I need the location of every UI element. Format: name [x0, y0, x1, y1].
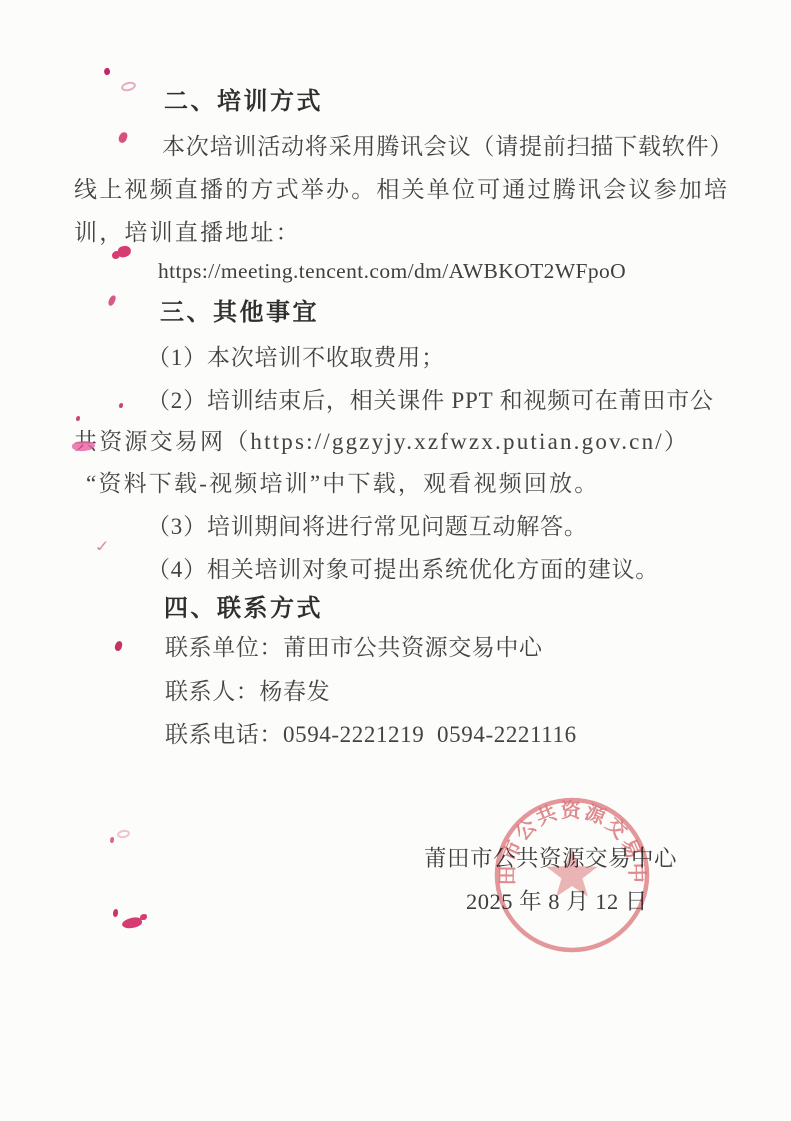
- ink-mark: [140, 914, 147, 920]
- ink-mark: [119, 403, 123, 408]
- ink-mark: [120, 80, 137, 92]
- official-seal: 莆田市公共资源交易中心: [492, 794, 652, 958]
- meeting-url-text: https://meeting.tencent.com/dm/AWBKOT2WF…: [158, 259, 626, 285]
- list-item: （1）本次培训不收取费用；: [147, 344, 445, 372]
- ink-mark: [113, 909, 118, 917]
- list-item-continuation: “资料下载-视频培训”中下载，观看视频回放。: [86, 470, 599, 498]
- list-item: （4）相关培训对象可提出系统优化方面的建议。: [147, 556, 659, 584]
- ink-check-mark: ✓: [93, 537, 112, 556]
- ink-mark: [107, 294, 116, 306]
- ink-mark: [118, 131, 129, 144]
- ink-mark: [121, 916, 143, 931]
- paragraph-line: 本次培训活动将采用腾讯会议（请提前扫描下载软件）: [162, 133, 733, 161]
- paragraph-line: 训，培训直播地址：: [74, 219, 301, 247]
- list-item: （2）培训结束后，相关课件 PPT 和视频可在莆田市公: [147, 387, 714, 415]
- list-item-continuation: 共资源交易网（https://ggzyjy.xzfwzx.putian.gov.…: [74, 428, 689, 456]
- ink-mark: [114, 640, 123, 651]
- ink-mark: [76, 416, 80, 421]
- paragraph-line: 线上视频直播的方式举办。相关单位可通过腾讯会议参加培: [74, 176, 729, 204]
- contact-phone-line: 联系电话：0594-2221219 0594-2221116: [165, 721, 577, 749]
- ink-mark: [112, 251, 120, 259]
- section-heading-training-method: 二、培训方式: [164, 88, 323, 117]
- ink-mark: [103, 67, 111, 76]
- section-heading-other-matters: 三、其他事宜: [160, 299, 319, 328]
- scanned-document-page: 二、培训方式 本次培训活动将采用腾讯会议（请提前扫描下载软件） 线上视频直播的方…: [0, 0, 791, 1121]
- ink-mark: [110, 837, 114, 843]
- contact-unit-line: 联系单位：莆田市公共资源交易中心: [165, 634, 543, 662]
- seal-star-icon: [546, 848, 597, 897]
- ink-mark: [117, 245, 132, 258]
- list-item: （3）培训期间将进行常见问题互动解答。: [147, 513, 588, 541]
- section-heading-contact: 四、联系方式: [164, 595, 323, 624]
- ink-mark: [116, 829, 130, 839]
- contact-person-line: 联系人：杨春发: [165, 678, 330, 706]
